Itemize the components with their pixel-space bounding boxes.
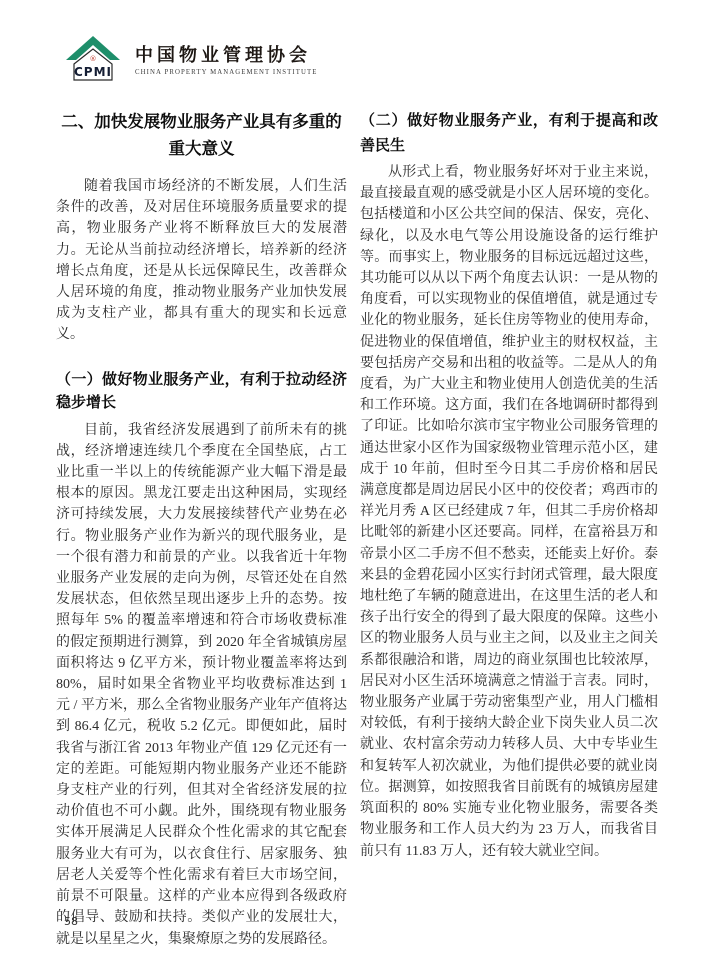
left-column: 二、加快发展物业服务产业具有多重的 重大意义 随着我国市场经济的不断发展，人们生… — [56, 108, 347, 950]
article-body: 二、加快发展物业服务产业具有多重的 重大意义 随着我国市场经济的不断发展，人们生… — [56, 108, 658, 950]
org-name-chinese: 中国物业管理协会 — [135, 46, 318, 66]
page-header: ® CPMI 中国物业管理协会 CHINA PROPERTY MANAGEMEN… — [64, 34, 318, 86]
left-paragraph-2: 目前，我省经济发展遇到了前所未有的挑战，经济增速连续几个季度在全国垫底，占工业比… — [56, 420, 347, 950]
page-number: 58 — [64, 915, 78, 928]
subheading-two: （二）做好物业服务产业，有利于提高和改善民生 — [360, 108, 658, 158]
org-name-english: CHINA PROPERTY MANAGEMENT INSTITUTE — [135, 69, 318, 76]
section-title-line1: 二、加快发展物业服务产业具有多重的 — [61, 112, 342, 131]
section-title: 二、加快发展物业服务产业具有多重的 重大意义 — [56, 108, 347, 162]
registered-mark: ® — [90, 55, 97, 63]
document-page: ® CPMI 中国物业管理协会 CHINA PROPERTY MANAGEMEN… — [0, 0, 710, 964]
left-paragraph-1: 随着我国市场经济的不断发展，人们生活条件的改善，及对居住环境服务质量要求的提高，… — [56, 176, 347, 346]
logo-acronym: CPMI — [74, 65, 112, 79]
cpmi-logo-icon: ® CPMI — [64, 34, 122, 86]
org-names: 中国物业管理协会 CHINA PROPERTY MANAGEMENT INSTI… — [135, 34, 318, 76]
right-column: （二）做好物业服务产业，有利于提高和改善民生 从形式上看，物业服务好坏对于业主来… — [360, 108, 658, 950]
section-title-line2: 重大意义 — [169, 139, 235, 158]
right-paragraph-1: 从形式上看，物业服务好坏对于业主来说，最直接最直观的感受就是小区人居环境的变化。… — [360, 162, 658, 862]
subheading-one: （一）做好物业服务产业，有利于拉动经济稳步增长 — [56, 368, 347, 414]
